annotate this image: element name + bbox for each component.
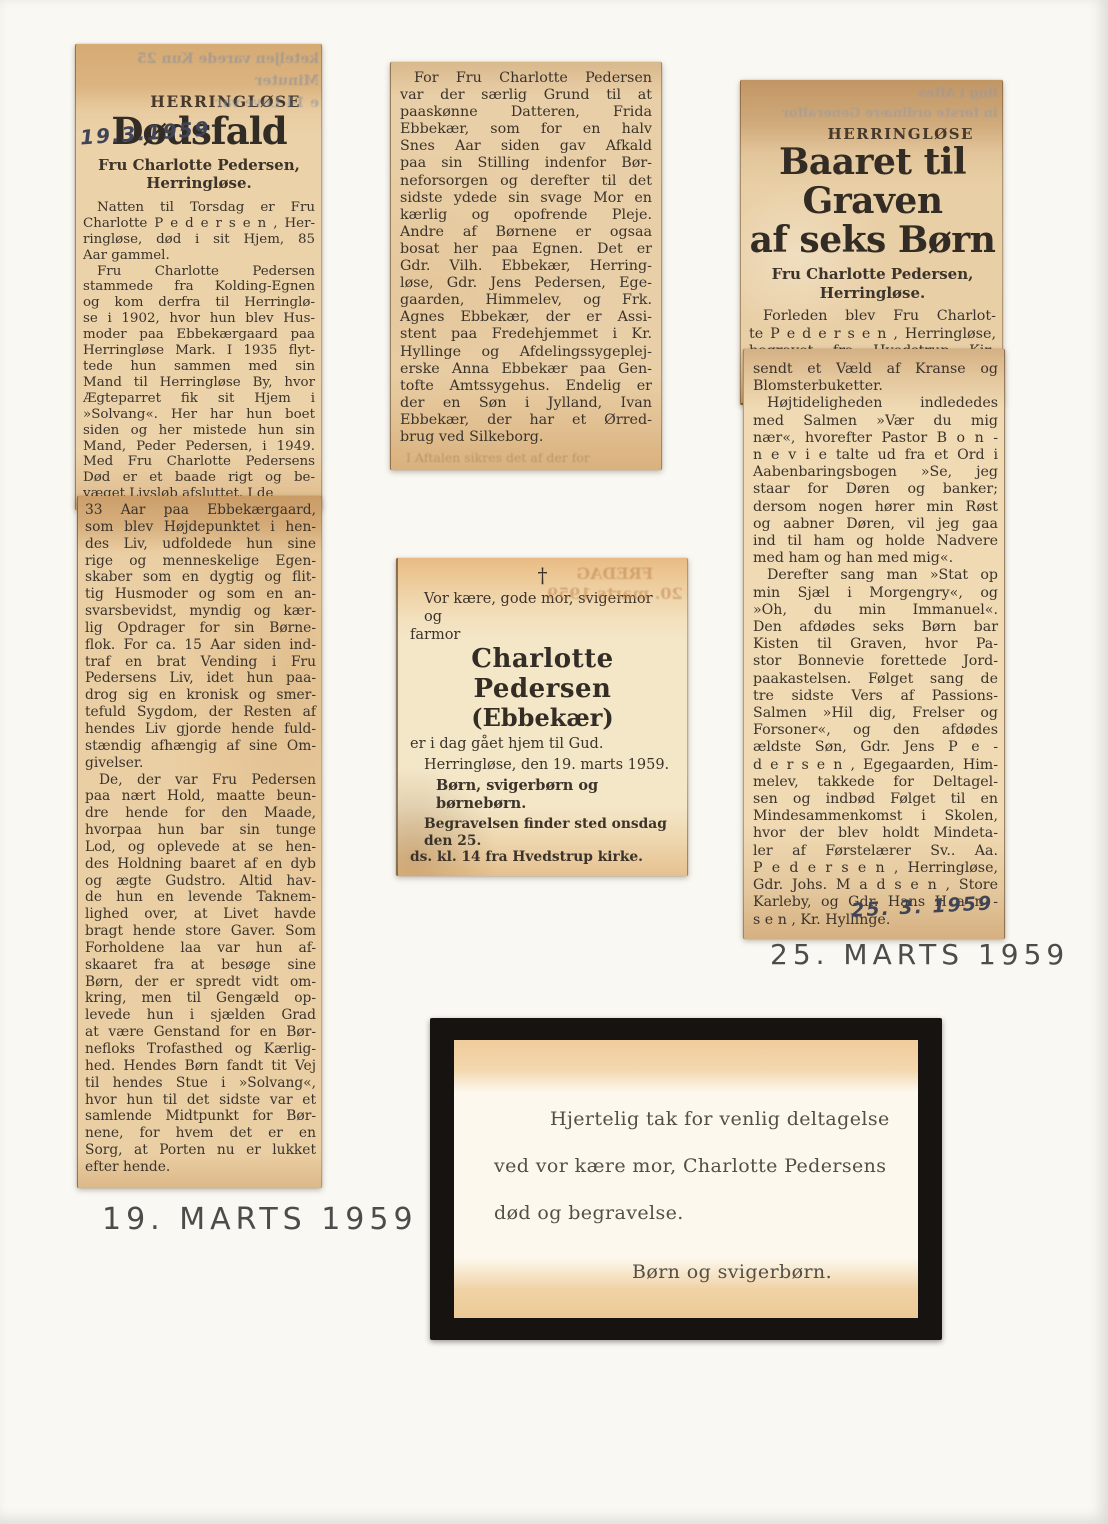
obituary-body-top: Natten til Torsdag er FruCharlotte P e d… — [83, 200, 315, 502]
thank-you-card: Hjertelig tak for venlig deltagelse ved … — [430, 1018, 942, 1340]
card-line: død og begravelse. — [454, 1190, 918, 1237]
card-signature: Børn og svigerbørn. — [454, 1249, 918, 1296]
clipping-dodsfald-bottom: 33 Aar paa Ebbekærgaard,som blev Højdepu… — [77, 496, 322, 1188]
clipping-funeral-bottom: sendt et Væld af Kranse ogBlomsterbukett… — [743, 349, 1005, 939]
deceased-maiden-name: (Ebbekær) — [410, 704, 675, 732]
funeral-notice: ds. kl. 14 fra Hvedstrup kirke. — [410, 849, 675, 866]
clipping-dodsfald-top: keteljen varede Kun 25 Minuter e 14 Love… — [75, 44, 322, 510]
ghost-line: keteljen varede Kun 25 Minuter — [84, 48, 319, 92]
obituary-subhead: Fru Charlotte Pedersen, Herringløse. — [83, 156, 315, 193]
ghost-print-through: FREDAG 20. marts 1959 — [547, 564, 683, 604]
clipping-family-details: For Fru Charlotte Pedersenvar der særlig… — [390, 62, 662, 470]
funeral-headline: Baaret til Graven af seks Børn — [749, 143, 996, 260]
announcement-line: er i dag gået hjem til Gud. — [410, 735, 675, 753]
clipping-death-announcement: FREDAG 20. marts 1959 † Vor kære, gode m… — [396, 558, 688, 876]
funeral-body-bottom: sendt et Væld af Kranse ogBlomsterbukett… — [753, 361, 998, 929]
card-line: Hjertelig tak for venlig deltagelse — [454, 1096, 918, 1143]
thank-you-card-inner: Hjertelig tak for venlig deltagelse ved … — [454, 1040, 918, 1318]
handwritten-date-19-marts-1959: 19. MARTS 1959 — [102, 1202, 418, 1237]
ghost-print-through: keteljen varede Kun 25 Minuter e 14 Love… — [84, 48, 319, 114]
scanned-scrapbook-page: keteljen varede Kun 25 Minuter e 14 Love… — [0, 0, 1108, 1524]
obituary-body-bottom: 33 Aar paa Ebbekærgaard,som blev Højdepu… — [85, 502, 316, 1176]
handwritten-date-25-marts-1959: 25. MARTS 1959 — [770, 938, 1069, 971]
family-body: For Fru Charlotte Pedersenvar der særlig… — [400, 70, 652, 446]
funeral-subhead: Fru Charlotte Pedersen, Herringløse. — [749, 265, 996, 302]
announcement-place-date: Herringløse, den 19. marts 1959. — [410, 756, 675, 774]
card-line: ved vor kære mor, Charlotte Pedersens — [454, 1143, 918, 1190]
deceased-name: Charlotte Pedersen — [410, 644, 675, 704]
ghost-line: I Aftalen sikres det af der for — [400, 446, 652, 466]
ghost-print-through: ling i Aftes in første ordinære Generalf… — [782, 84, 998, 124]
funeral-notice: Begravelsen finder sted onsdag den 25. — [410, 816, 675, 849]
announcement-signature: Børn, svigerbørn og børnebørn. — [410, 777, 675, 813]
